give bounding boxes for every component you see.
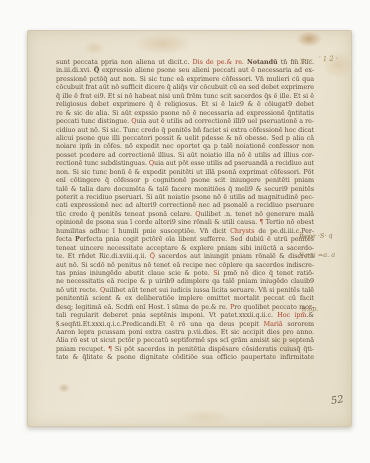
text-line: ne necessitatis eā recipe & p uirib9 adi…	[56, 277, 314, 285]
text-line: sunt peccata ppria non aliena ut dicit.c…	[56, 58, 314, 66]
text-line: re & sic de alia. Si aūt expssio psone n…	[56, 109, 314, 117]
text-line: Aaron lepra pcussam poni extra castra p.…	[56, 328, 314, 336]
margin-note-x: X.ma =a. a	[299, 251, 335, 260]
photo-background: sunt peccata ppria non aliena ut dicit.c…	[0, 0, 370, 463]
text-line: §.seqn̄ti.Et.xxxi.q.i.c.Predicandi.Et ē …	[56, 320, 314, 328]
text-line: cati expressionē nec ad alteri9 correcti…	[56, 201, 314, 209]
text-line: religiosus debet exprimere q̄ ē religios…	[56, 100, 314, 108]
margin-note-repe: Repe ·S· q	[299, 231, 333, 240]
text-line: desq; legitimā eā. Scdm̄ enī Host. ī sūm…	[56, 303, 314, 311]
text-line: cidiuo aut nō. Si sic. Tunc credo q̄ pen…	[56, 126, 314, 134]
text-line: alicui psone que illi peccatori possit &…	[56, 134, 314, 142]
text-line: teneat uincere necessitate acceptare & e…	[56, 244, 314, 252]
text-line: rectionē tunc subdistinguas. Quia aut pō…	[56, 159, 314, 167]
text-line: enī cōtingere q̄ cōfessor p cognitionē p…	[56, 176, 314, 184]
text-line: tali regularit deberet pnia septēnis imp…	[56, 311, 314, 319]
text-line: nō utit recte. Quilibet aūt tenet sui iu…	[56, 286, 314, 294]
text-line: tūc credo q̄ penitēs teneat psonā celare…	[56, 210, 314, 218]
foxing-stain	[296, 31, 322, 47]
text-line: peccati tunc distingue. Quia aut ē utili…	[56, 117, 314, 125]
text-line: humilitas adhuc ī humili pnie susceptiōe…	[56, 227, 314, 235]
text-line: non. Si sic tunc bonū ē & expedit penitē…	[56, 168, 314, 176]
folio-number: 52	[330, 394, 344, 407]
text-block: sunt peccata ppria non aliena ut dicit.c…	[56, 58, 314, 362]
foxing-stain	[133, 33, 193, 55]
foxing-stain	[58, 383, 70, 393]
text-line: in.iii.di.xvi. Q̄ expressio aliene psone…	[56, 66, 314, 74]
foxing-stain	[178, 409, 232, 425]
foxing-stain	[83, 41, 105, 55]
text-line: aut nō. Si scdō nō penitus nō tenet eā r…	[56, 261, 314, 269]
text-line: q̄ ille ē frat ei9. Et si nō habeat nisi…	[56, 92, 314, 100]
text-line: talē & talia dare documēta & talē facere…	[56, 185, 314, 193]
text-line: penitentiā scient & ex deliberatiōe impl…	[56, 294, 314, 302]
margin-note-hop: h.op.	[302, 305, 319, 314]
text-line: fecta Perfecta pnia cogit pctōrē oīa lib…	[56, 235, 314, 243]
book-page: sunt peccata ppria non aliena ut dicit.c…	[27, 30, 352, 427]
text-line: tas pnias iniungēdo abutit claue scie & …	[56, 269, 314, 277]
text-line: tate & q̄litate & psone dignitate cōditi…	[56, 353, 314, 361]
text-line: noiare ipm̄ in cōfes. nō expedit nec opo…	[56, 142, 314, 150]
margin-ink-marks: y— ′12·	[300, 54, 352, 65]
text-line: posset pcedere ad correctionē illius. Si…	[56, 151, 314, 159]
text-line: pniam recupet. ¶ Si pōt sacerdos in peni…	[56, 345, 314, 353]
text-line: poterit a recidiuo pseruari. Si aūt noia…	[56, 193, 314, 201]
text-line: Alia rō est ut sicut pctōr p peccatū sep…	[56, 336, 314, 344]
text-line: pressionē pctōq̄ aut non. Si sic tunc eā…	[56, 75, 314, 83]
text-line: te. Et rn̄det Ric.di.xviii.q.ii. Q̄ sace…	[56, 252, 314, 260]
text-line: opinionē de psona sua ī corde alteri9 si…	[56, 218, 314, 226]
text-line: cōcubuit frat aūt nō sufficit dicere q̄ …	[56, 83, 314, 91]
